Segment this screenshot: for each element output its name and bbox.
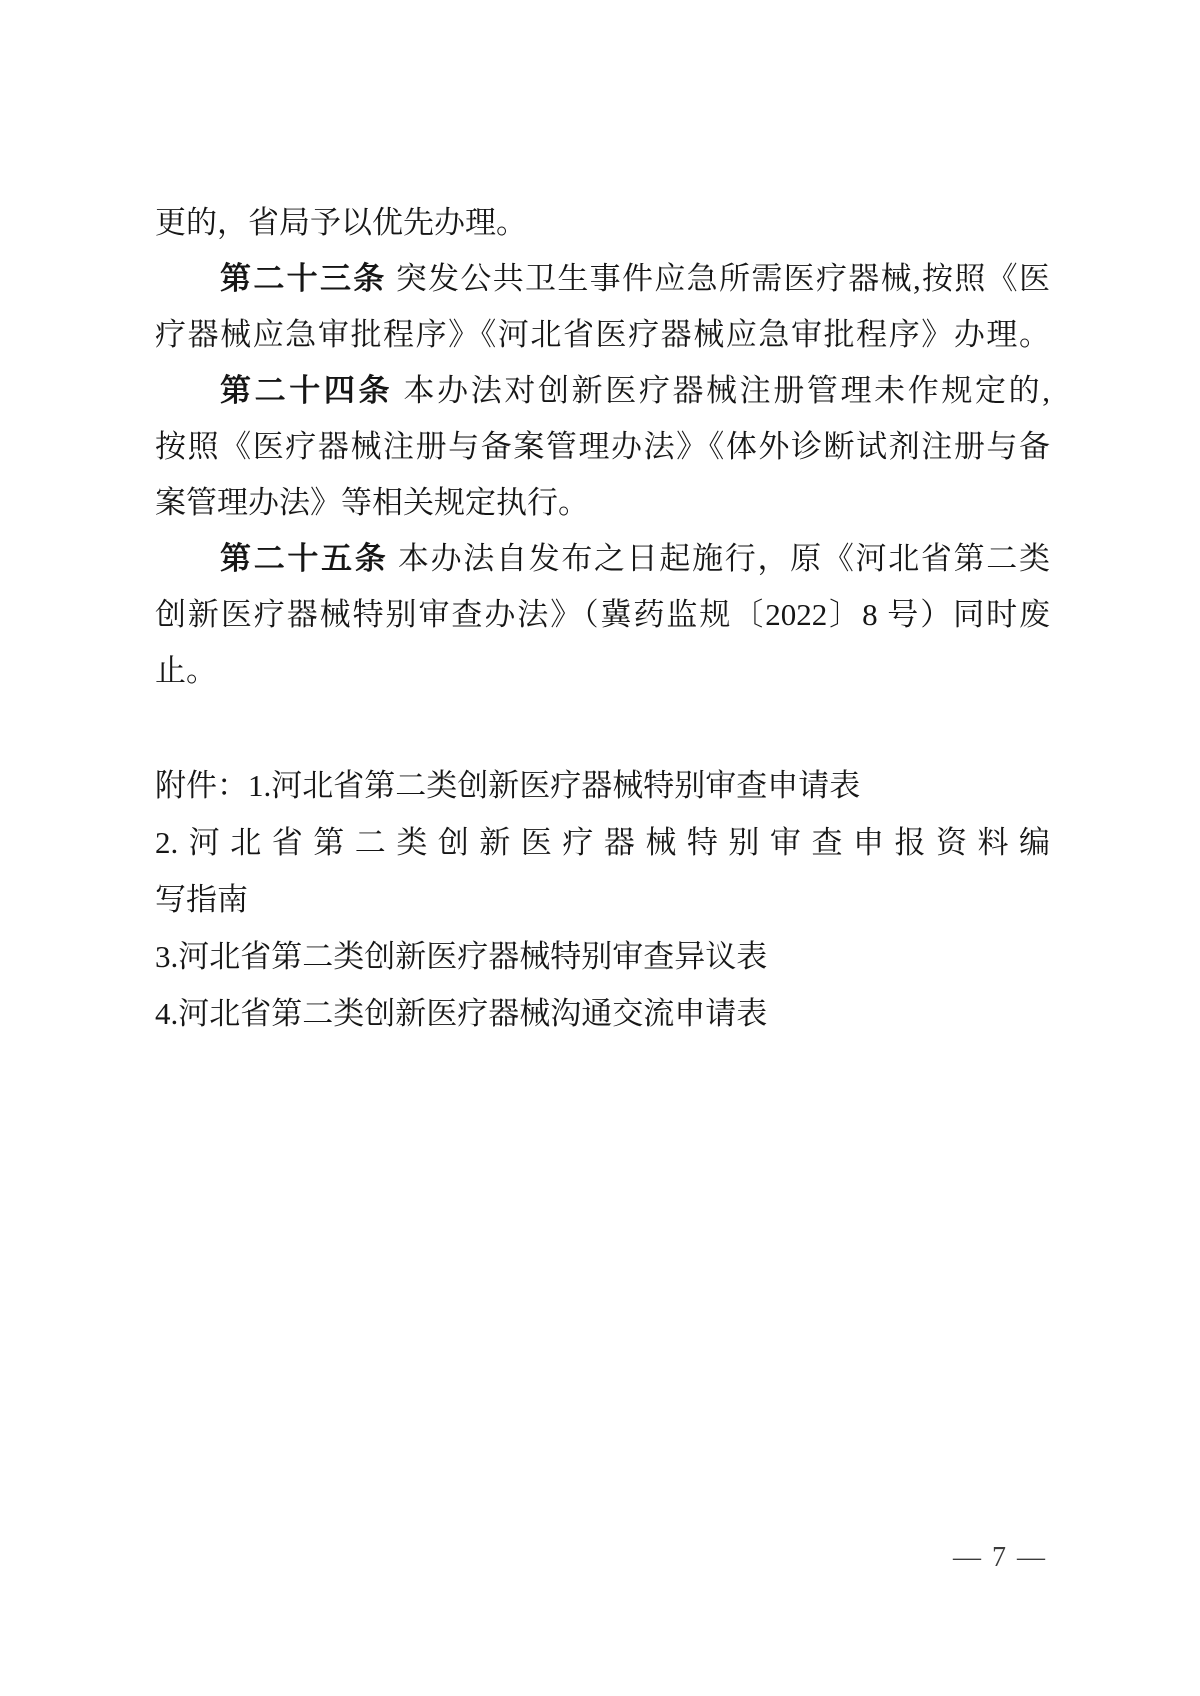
attachment-line-3: 3.河北省第二类创新医疗器械特别审查异议表 bbox=[155, 928, 1050, 985]
body-line-text: 本办法自发布之日起施行，原《河北省第二类 bbox=[388, 541, 1050, 576]
body-line-text: 本办法对创新医疗器械注册管理未作规定的, bbox=[393, 373, 1050, 408]
article-number-heading: 第二十四条 bbox=[220, 373, 393, 408]
article-number-heading: 第二十三条 bbox=[220, 261, 387, 296]
attachment-line-2-continuation: 写指南 bbox=[155, 871, 1050, 928]
body-line: 疗器械应急审批程序》《河北省医疗器械应急审批程序》办理。 bbox=[155, 307, 1050, 363]
body-line-article-25: 第二十五条 本办法自发布之日起施行，原《河北省第二类 bbox=[155, 531, 1050, 587]
document-page: 更的，省局予以优先办理。 第二十三条 突发公共卫生事件应急所需医疗器械,按照《医… bbox=[0, 0, 1200, 1696]
body-text: 更的，省局予以优先办理。 第二十三条 突发公共卫生事件应急所需医疗器械,按照《医… bbox=[155, 195, 1050, 699]
body-line: 按照《医疗器械注册与备案管理办法》《体外诊断试剂注册与备 bbox=[155, 419, 1050, 475]
attachment-item-text: 1.河北省第二类创新医疗器械特别审查申请表 bbox=[248, 768, 860, 803]
attachments-list: 附件：1.河北省第二类创新医疗器械特别审查申请表 2.河北省第二类创新医疗器械特… bbox=[155, 757, 1050, 1042]
body-line: 止。 bbox=[155, 643, 1050, 699]
body-line: 创新医疗器械特别审查办法》（冀药监规〔2022〕8 号）同时废 bbox=[155, 587, 1050, 643]
attachment-line-4: 4.河北省第二类创新医疗器械沟通交流申请表 bbox=[155, 985, 1050, 1042]
body-line-text: 突发公共卫生事件应急所需医疗器械,按照《医 bbox=[387, 261, 1050, 296]
attachment-line-2: 2.河北省第二类创新医疗器械特别审查申报资料编 bbox=[155, 814, 1050, 871]
attachment-line-1: 附件：1.河北省第二类创新医疗器械特别审查申请表 bbox=[155, 757, 1050, 814]
body-line: 案管理办法》等相关规定执行。 bbox=[155, 475, 1050, 531]
body-line: 更的，省局予以优先办理。 bbox=[155, 195, 1050, 251]
article-number-heading: 第二十五条 bbox=[220, 541, 388, 576]
attachments-label: 附件： bbox=[155, 768, 248, 803]
body-line-article-24: 第二十四条 本办法对创新医疗器械注册管理未作规定的, bbox=[155, 363, 1050, 419]
page-number: — 7 — bbox=[857, 1542, 1047, 1574]
body-line-article-23: 第二十三条 突发公共卫生事件应急所需医疗器械,按照《医 bbox=[155, 251, 1050, 307]
